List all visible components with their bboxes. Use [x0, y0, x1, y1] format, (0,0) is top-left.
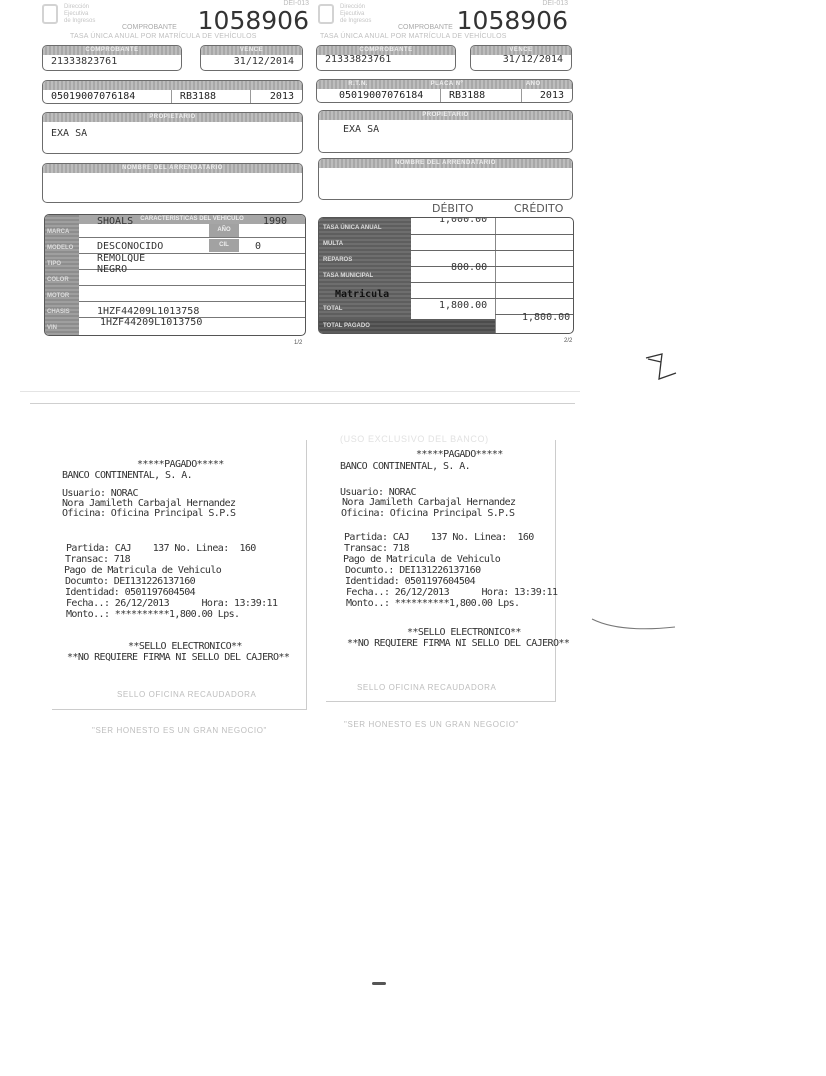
anio-value: 2013	[251, 90, 302, 103]
office: Oficina: Oficina Principal S.P.S	[62, 509, 235, 520]
total-paid-credit: 1,800.00	[522, 312, 570, 323]
vehicle-year-value: 1990	[263, 216, 287, 227]
charges-table: TASA ÚNICA ANUAL MULTA REPAROS TASA MUNI…	[318, 217, 574, 334]
anio-value: 2013	[522, 89, 572, 102]
form-number: 1058906	[198, 6, 309, 35]
rtn-placa-anio-row: 05019007076184 RB3188 2013	[42, 80, 303, 104]
color-value: NEGRO	[97, 264, 127, 275]
partida: Partida: CAJ 137 No. Linea: 160	[66, 544, 256, 555]
tasa-municipal-debit: 800.00	[451, 262, 487, 273]
propietario-field: PROPIETARIO EXA SA	[42, 112, 303, 154]
form-number: 1058906	[457, 6, 568, 35]
placa-value: RB3188	[441, 89, 522, 102]
document-number: Documto.: DEI131226137160	[345, 566, 481, 577]
electronic-seal: **SELLO ELECTRONICO**	[407, 628, 521, 639]
document-number: Documto: DEI131226137160	[65, 577, 195, 588]
doc-subtitle: TASA ÚNICA ANUAL POR MATRÍCULA DE VEHÍCU…	[70, 33, 257, 40]
doc-subtitle: TASA ÚNICA ANUAL POR MATRÍCULA DE VEHÍCU…	[320, 33, 507, 40]
office: Oficina: Oficina Principal S.P.S	[341, 509, 514, 520]
page-indicator: 2/2	[564, 338, 572, 344]
form-header: Dirección Ejecutiva de Ingresos DEI-013 …	[316, 0, 574, 44]
no-signature-notice: **NO REQUIERE FIRMA NI SELLO DEL CAJERO*…	[67, 653, 289, 664]
amount: Monto..: **********1,800.00 Lps.	[66, 610, 239, 621]
collection-office-stamp: SELLO OFICINA RECAUDADORA	[357, 683, 496, 692]
paid-status: *****PAGADO*****	[137, 460, 224, 471]
concept: Pago de Matricula de Vehiculo	[64, 566, 221, 577]
marca-value: SHOALS	[97, 216, 133, 227]
chasis-value: 1HZF44209L1013758	[97, 306, 199, 317]
doc-title: COMPROBANTE	[398, 24, 453, 31]
transaction: Transac: 718	[65, 555, 130, 566]
credit-header: CRÉDITO	[514, 202, 563, 215]
date-time: Fecha..: 26/12/2013 Hora: 13:39:11	[66, 599, 277, 610]
electronic-seal: **SELLO ELECTRONICO**	[128, 642, 242, 653]
vence-field: VENCE 31/12/2014	[200, 45, 303, 71]
vehicle-registration-form-copy-2: Dirección Ejecutiva de Ingresos DEI-013 …	[316, 0, 574, 44]
transaction: Transac: 718	[344, 544, 409, 555]
identity: Identidad: 0501197604504	[345, 577, 475, 588]
doc-title: COMPROBANTE	[122, 24, 177, 31]
arrendatario-field: NOMBRE DEL ARRENDATARIO	[318, 158, 573, 200]
form-header: Dirección Ejecutiva de Ingresos DEI-013 …	[40, 0, 315, 44]
tasa-unica-debit: 1,000.00	[439, 217, 487, 225]
total-debit: 1,800.00	[439, 300, 487, 311]
propietario-field: PROPIETARIO EXA SA	[318, 110, 573, 153]
concept: Pago de Matricula de Vehiculo	[343, 555, 500, 566]
cil-value: 0	[255, 241, 261, 252]
vehicle-characteristics-table: MARCA MODELO TIPO COLOR MOTOR CHASIS VIN…	[44, 214, 306, 336]
scan-mark	[590, 615, 680, 635]
cut-line	[20, 391, 580, 392]
collection-office-stamp: SELLO OFICINA RECAUDADORA	[117, 690, 256, 699]
amount: Monto..: **********1,800.00 Lps.	[346, 599, 519, 610]
modelo-value: DESCONOCIDO	[97, 241, 163, 252]
agency-name: Dirección Ejecutiva de Ingresos	[64, 4, 95, 25]
rtn-value: 05019007076184	[43, 90, 172, 103]
page-indicator: 1/2	[294, 340, 302, 346]
motto: "SER HONESTO ES UN GRAN NEGOCIO"	[92, 726, 267, 735]
vin-value: 1HZF44209L1013750	[100, 317, 202, 328]
dei-logo-icon	[42, 4, 58, 24]
vence-field: VENCE 31/12/2014	[470, 45, 572, 71]
debit-header: DÉBITO	[432, 202, 474, 215]
motto: "SER HONESTO ES UN GRAN NEGOCIO"	[344, 720, 519, 729]
no-signature-notice: **NO REQUIERE FIRMA NI SELLO DEL CAJERO*…	[347, 639, 569, 650]
rtn-value: 05019007076184	[317, 89, 441, 102]
date-time: Fecha..: 26/12/2013 Hora: 13:39:11	[346, 588, 557, 599]
bank-use-stamp: (USO EXCLUSIVO DEL BANCO)	[340, 434, 489, 444]
bank-name: BANCO CONTINENTAL, S. A.	[62, 471, 192, 482]
teller-name: Nora Jamileth Carbajal Hernandez	[342, 498, 515, 509]
identity: Identidad: 0501197604504	[65, 588, 195, 599]
partida: Partida: CAJ 137 No. Linea: 160	[344, 533, 534, 544]
agency-name: Dirección Ejecutiva de Ingresos	[340, 4, 371, 25]
vehicle-registration-form-copy-1: Dirección Ejecutiva de Ingresos DEI-013 …	[40, 0, 315, 44]
handwritten-2-mark	[645, 350, 690, 395]
rtn-placa-anio-row: R.T.N. PLACA Nº AÑO 05019007076184 RB318…	[316, 79, 573, 103]
arrendatario-field: NOMBRE DEL ARRENDATARIO	[42, 163, 303, 203]
scan-speck	[372, 982, 386, 985]
tipo-value: REMOLQUE	[97, 253, 145, 264]
placa-value: RB3188	[172, 90, 251, 103]
cut-line	[30, 403, 575, 404]
paid-status: *****PAGADO*****	[416, 450, 503, 461]
bank-name: BANCO CONTINENTAL, S. A.	[340, 462, 470, 473]
comprobante-field: COMPROBANTE 21333823761	[42, 45, 182, 71]
comprobante-field: COMPROBANTE 21333823761	[316, 45, 456, 71]
dei-logo-icon	[318, 4, 334, 24]
